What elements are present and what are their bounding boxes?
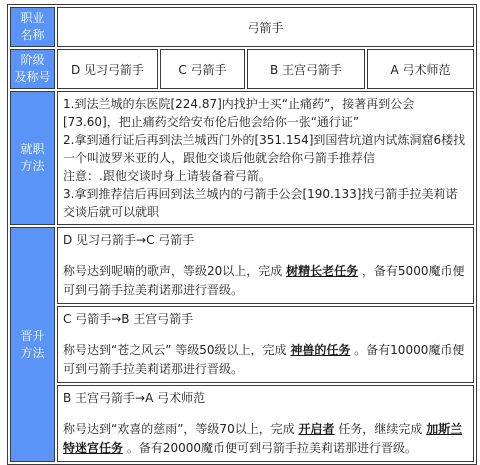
quest-link-divine-beast[interactable]: 神兽的任务 (290, 343, 350, 357)
job-name-label-line1: 职业 (12, 10, 53, 27)
employment-label-line1: 就职 (12, 141, 53, 158)
promotion-stage-d-to-c: D 见习弓箭手→C 弓箭手 称号达到呢喃的歌声，等级20以上，完成 树精长老任务… (57, 227, 474, 304)
stage-description: 称号达到“苍之风云” 等级50级以上，完成 神兽的任务 。备有10000魔币便可… (63, 341, 468, 379)
promotion-label: 晋升 方法 (10, 227, 55, 462)
stage-description: 称号达到“欢喜的慈雨”，等级70以上，完成 开启者 任务，继续完成 加斯兰特迷宫… (63, 420, 468, 458)
promotion-stage-b-to-a: B 王宫弓箭手→A 弓术师范 称号达到“欢喜的慈雨”，等级70以上，完成 开启者… (57, 385, 474, 462)
rank-a: A 弓术师范 (367, 49, 474, 89)
stage-title: C 弓箭手→B 王宫弓箭手 (63, 310, 468, 328)
job-name-label-line2: 名称 (12, 27, 53, 44)
employment-step-2: 2.拿到通行证后再到法兰城西门外的[351.154]到国营坑道内试炼洞窟6楼找一… (63, 131, 468, 167)
stage-desc-prefix: 称号达到“欢喜的慈雨”，等级70以上，完成 (63, 422, 299, 436)
rank-label-line2: 及称号 (12, 69, 53, 86)
page: 职业 名称 弓箭手 阶级 及称号 D 见习弓箭手 C 弓箭手 B 王宫弓箭手 A… (0, 0, 480, 465)
rank-label: 阶级 及称号 (10, 49, 55, 89)
job-guide-table: 职业 名称 弓箭手 阶级 及称号 D 见习弓箭手 C 弓箭手 B 王宫弓箭手 A… (7, 4, 477, 465)
employment-label-line2: 方法 (12, 158, 53, 175)
job-name-value: 弓箭手 (57, 7, 474, 47)
stage-desc-prefix: 称号达到呢喃的歌声，等级20以上，完成 (63, 264, 286, 278)
promotion-row-b-to-a: B 王宫弓箭手→A 弓术师范 称号达到“欢喜的慈雨”，等级70以上，完成 开启者… (10, 385, 474, 462)
job-name-label: 职业 名称 (10, 7, 55, 47)
stage-title: B 王宫弓箭手→A 弓术师范 (63, 389, 468, 407)
promotion-row-c-to-b: C 弓箭手→B 王宫弓箭手 称号达到“苍之风云” 等级50级以上，完成 神兽的任… (10, 306, 474, 383)
promotion-stage-c-to-b: C 弓箭手→B 王宫弓箭手 称号达到“苍之风云” 等级50级以上，完成 神兽的任… (57, 306, 474, 383)
stage-desc-mid: 任务，继续完成 (335, 422, 427, 436)
stage-description: 称号达到呢喃的歌声，等级20以上，完成 树精长老任务 ，备有5000魔币便可到弓… (63, 262, 468, 300)
employment-step-1: 1.到法兰城的东医院[224.87]内找护士买“止痛药”，接著再到公会[73.6… (63, 95, 468, 131)
stage-title: D 见习弓箭手→C 弓箭手 (63, 231, 468, 249)
promotion-row-d-to-c: 晋升 方法 D 见习弓箭手→C 弓箭手 称号达到呢喃的歌声，等级20以上，完成 … (10, 227, 474, 304)
promotion-label-line2: 方法 (12, 345, 53, 362)
rank-row: 阶级 及称号 D 见习弓箭手 C 弓箭手 B 王宫弓箭手 A 弓术师范 (10, 49, 474, 89)
employment-row: 就职 方法 1.到法兰城的东医院[224.87]内找护士买“止痛药”，接著再到公… (10, 91, 474, 225)
rank-label-line1: 阶级 (12, 52, 53, 69)
quest-link-opener[interactable]: 开启者 (299, 422, 335, 436)
rank-d: D 见习弓箭手 (57, 49, 158, 89)
employment-steps: 1.到法兰城的东医院[224.87]内找护士买“止痛药”，接著再到公会[73.6… (57, 91, 474, 225)
employment-note: 注意：.跟他交谈时身上请装备着弓箭。 (63, 167, 468, 185)
rank-c: C 弓箭手 (160, 49, 245, 89)
job-name-row: 职业 名称 弓箭手 (10, 7, 474, 47)
stage-desc-suffix: 。备有20000魔币便可到弓箭手拉美莉诺那进行晋级。 (123, 441, 417, 455)
promotion-label-line1: 晋升 (12, 328, 53, 345)
employment-step-3: 3.拿到推荐信后再回到法兰城内的弓箭手公会[190.133]找弓箭手拉美莉诺交谈… (63, 185, 468, 221)
stage-desc-prefix: 称号达到“苍之风云” 等级50级以上，完成 (63, 343, 290, 357)
rank-b: B 王宫弓箭手 (247, 49, 365, 89)
quest-link-tree-elder[interactable]: 树精长老任务 (286, 264, 358, 278)
employment-label: 就职 方法 (10, 91, 55, 225)
